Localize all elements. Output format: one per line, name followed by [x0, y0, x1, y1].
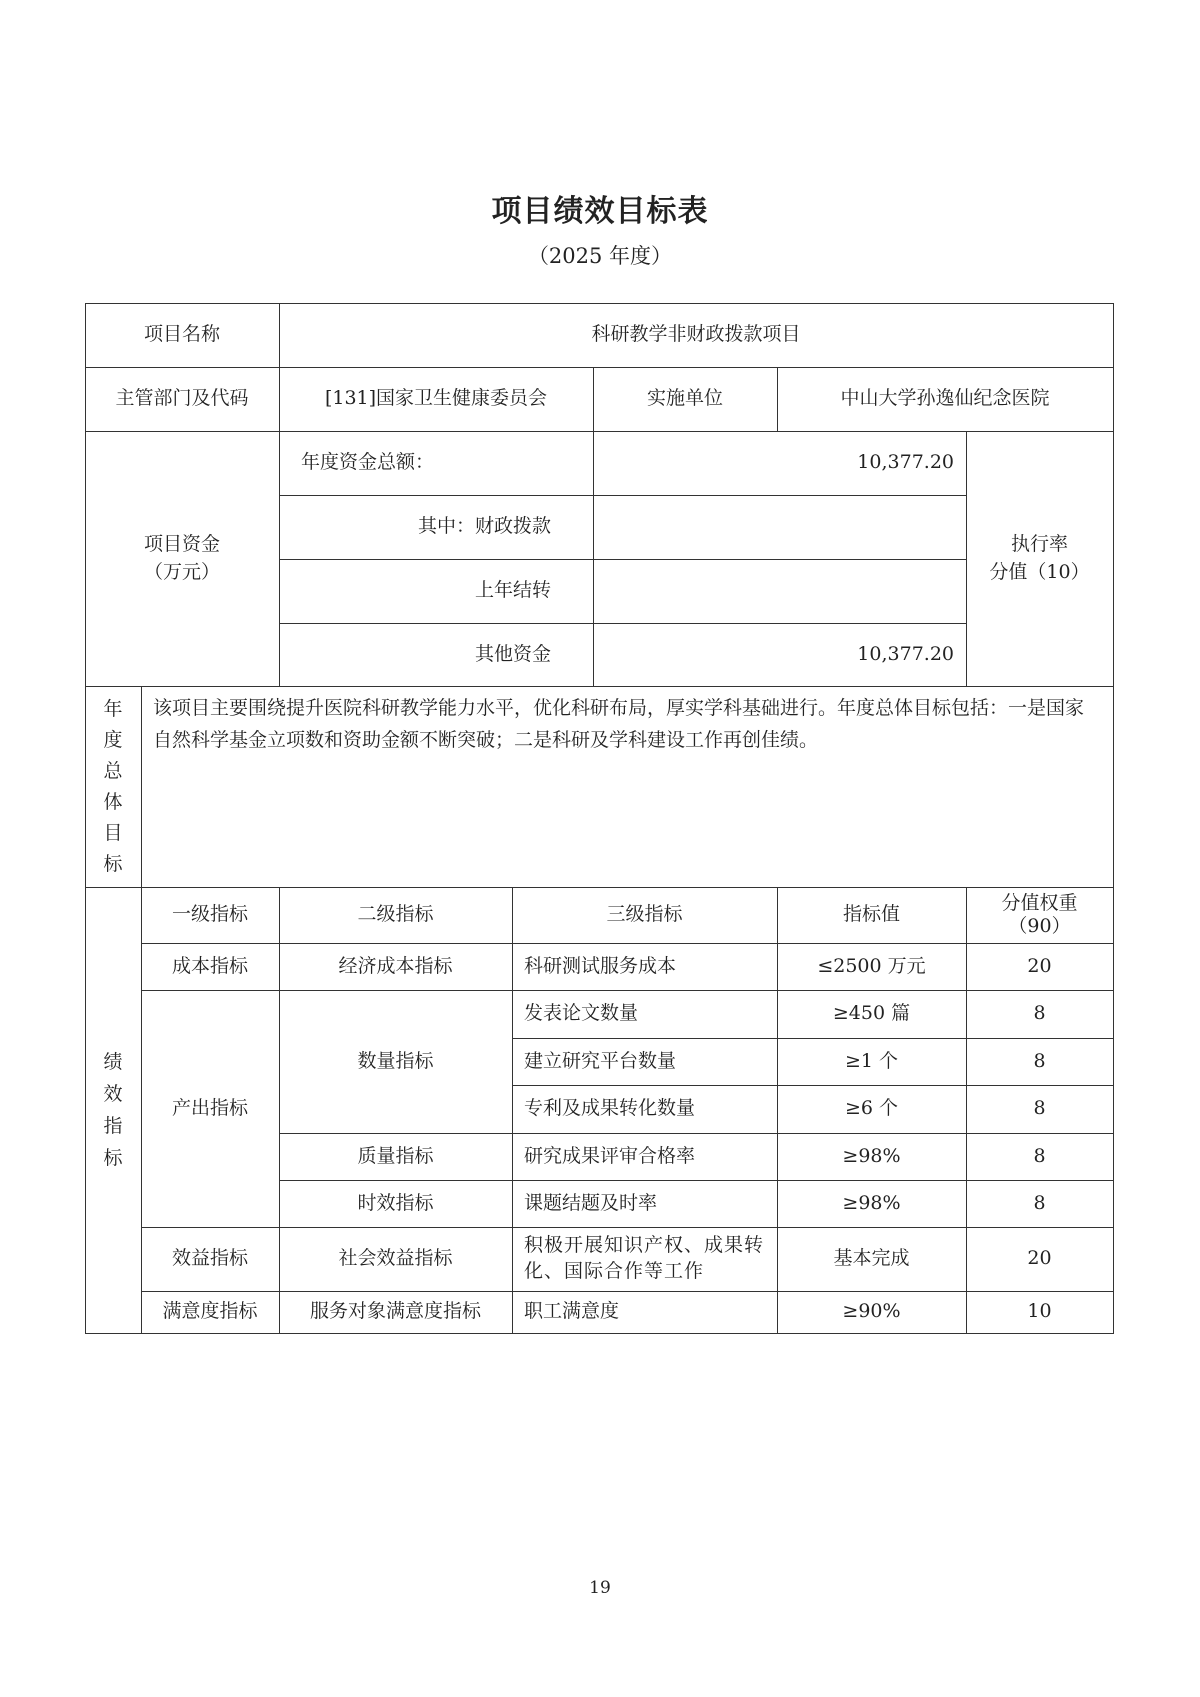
- document-title: 项目绩效目标表: [0, 186, 1200, 230]
- table-border: [1113, 303, 1114, 1334]
- table-border: [85, 303, 1114, 304]
- grid-line: [85, 367, 1114, 368]
- label-char: 目: [103, 818, 122, 849]
- level3-cell: 职工满意度: [512, 1291, 777, 1333]
- level2-economic-cost: 经济成本指标: [279, 943, 512, 990]
- grid-line: [279, 887, 280, 1333]
- header-level1: 一级指标: [141, 887, 279, 943]
- indicator-weight: 8: [966, 1038, 1113, 1085]
- grid-line: [966, 431, 967, 686]
- grid-line: [777, 367, 778, 431]
- level3-cell: 积极开展知识产权、成果转化、国际合作等工作: [512, 1227, 777, 1291]
- label-char: 指: [103, 1110, 122, 1142]
- project-name-label: 项目名称: [85, 303, 279, 367]
- header-weight: 分值权重 （90）: [966, 887, 1113, 943]
- label-char: 度: [103, 725, 122, 756]
- exec-rate-label: 执行率 分值（10）: [966, 431, 1113, 686]
- funds-label-line2: （万元）: [144, 559, 220, 587]
- grid-line: [279, 623, 966, 624]
- grid-line: [141, 1291, 1113, 1292]
- grid-line: [777, 887, 778, 1333]
- level2-service-satisfaction: 服务对象满意度指标: [279, 1291, 512, 1333]
- indicator-value: ≥1 个: [777, 1038, 966, 1085]
- grid-line: [85, 887, 1114, 888]
- indicator-weight: 20: [966, 943, 1113, 990]
- level2-quantity: 数量指标: [279, 990, 512, 1133]
- grid-line: [512, 1038, 1113, 1039]
- level3-cell: 建立研究平台数量: [512, 1038, 777, 1085]
- header-value: 指标值: [777, 887, 966, 943]
- annual-goal-text: 该项目主要围绕提升医院科研教学能力水平，优化科研布局，厚实学科基础进行。年度总体…: [141, 686, 1113, 887]
- level1-output: 产出指标: [141, 990, 279, 1227]
- level3-cell: 专利及成果转化数量: [512, 1085, 777, 1133]
- level2-timeliness: 时效指标: [279, 1180, 512, 1227]
- weight-line2: （90）: [1008, 915, 1070, 938]
- label-char: 标: [103, 849, 122, 880]
- label-char: 体: [103, 787, 122, 818]
- grid-line: [279, 495, 966, 496]
- level2-social-benefit: 社会效益指标: [279, 1227, 512, 1291]
- header-level3: 三级指标: [512, 887, 777, 943]
- indicator-weight: 8: [966, 1085, 1113, 1133]
- grid-line: [279, 559, 966, 560]
- label-char: 总: [103, 756, 122, 787]
- label-char: 标: [103, 1142, 122, 1174]
- document-subtitle: （2025 年度）: [0, 240, 1200, 270]
- grid-line: [512, 1085, 1113, 1086]
- indicator-weight: 8: [966, 1180, 1113, 1227]
- exec-rate-line2: 分值（10）: [989, 559, 1089, 587]
- indicator-value: 基本完成: [777, 1227, 966, 1291]
- page-number: 19: [0, 1578, 1200, 1598]
- exec-rate-line1: 执行率: [1011, 531, 1068, 559]
- level1-benefit: 效益指标: [141, 1227, 279, 1291]
- grid-line: [279, 1180, 1113, 1181]
- unit-value: 中山大学孙逸仙纪念医院: [777, 367, 1113, 431]
- grid-line: [141, 990, 1113, 991]
- grid-line: [141, 686, 142, 1333]
- funds-row-value: 10,377.20: [593, 431, 966, 495]
- funds-row-value: [593, 495, 966, 559]
- level3-cell: 发表论文数量: [512, 990, 777, 1038]
- grid-line: [141, 1227, 1113, 1228]
- indicator-weight: 8: [966, 990, 1113, 1038]
- funds-row-value: [593, 559, 966, 623]
- level1-cost: 成本指标: [141, 943, 279, 990]
- unit-label: 实施单位: [593, 367, 777, 431]
- grid-line: [85, 686, 1114, 687]
- indicator-value: ≥98%: [777, 1133, 966, 1180]
- level1-satisfaction: 满意度指标: [141, 1291, 279, 1333]
- weight-line1: 分值权重: [1001, 892, 1077, 915]
- project-name-value: 科研教学非财政拨款项目: [279, 303, 1113, 367]
- indicator-value: ≥98%: [777, 1180, 966, 1227]
- header-level2: 二级指标: [279, 887, 512, 943]
- grid-line: [966, 887, 967, 1333]
- level3-cell: 课题结题及时率: [512, 1180, 777, 1227]
- funds-row-value: 10,377.20: [593, 623, 966, 686]
- annual-goal-label: 年 度 总 体 目 标: [85, 686, 141, 887]
- level3-cell: 研究成果评审合格率: [512, 1133, 777, 1180]
- funds-row-label: 年度资金总额：: [279, 431, 593, 495]
- indicator-weight: 20: [966, 1227, 1113, 1291]
- level2-quality: 质量指标: [279, 1133, 512, 1180]
- indicator-weight: 8: [966, 1133, 1113, 1180]
- grid-line: [279, 303, 280, 686]
- indicator-value: ≤2500 万元: [777, 943, 966, 990]
- label-char: 效: [103, 1078, 122, 1110]
- indicators-side-label: 绩 效 指 标: [85, 887, 141, 1333]
- funds-row-label: 其他资金: [279, 623, 593, 686]
- label-char: 绩: [103, 1046, 122, 1078]
- dept-label: 主管部门及代码: [85, 367, 279, 431]
- grid-line: [279, 1133, 1113, 1134]
- funds-row-label: 其中：财政拨款: [279, 495, 593, 559]
- funds-label-line1: 项目资金: [144, 531, 220, 559]
- indicator-value: ≥90%: [777, 1291, 966, 1333]
- indicator-weight: 10: [966, 1291, 1113, 1333]
- table-border: [85, 1333, 1114, 1334]
- grid-line: [512, 887, 513, 1333]
- funds-row-label: 上年结转: [279, 559, 593, 623]
- grid-line: [593, 367, 594, 686]
- grid-line: [141, 943, 1113, 944]
- dept-value: [131]国家卫生健康委员会: [279, 367, 593, 431]
- label-char: 年: [103, 694, 122, 725]
- indicator-value: ≥450 篇: [777, 990, 966, 1038]
- funds-label: 项目资金 （万元）: [85, 431, 279, 686]
- indicator-value: ≥6 个: [777, 1085, 966, 1133]
- level3-cell: 科研测试服务成本: [512, 943, 777, 990]
- table-border: [85, 303, 86, 1334]
- grid-line: [85, 431, 1114, 432]
